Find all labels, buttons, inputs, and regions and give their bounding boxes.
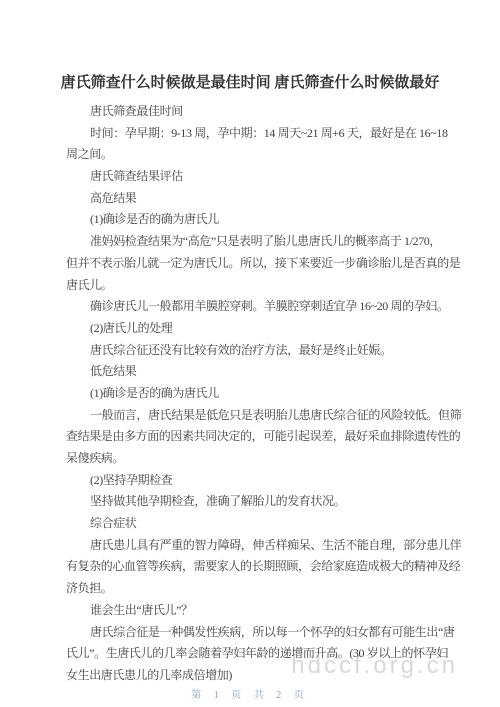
paragraph: 唐氏筛查最佳时间	[66, 101, 460, 123]
text-line: (2)唐氏儿的处理	[66, 318, 460, 340]
text-line: 唐氏综合征是一种偶发性疾病，所以每一个怀孕的妇女都有可能生出“唐	[66, 622, 460, 644]
text-line: 唐氏综合征还没有比较有效的治疗方法，最好是终止妊娠。	[66, 340, 460, 362]
paragraph: 综合症状	[66, 513, 460, 535]
document-body: 唐氏筛查最佳时间时间：孕早期：9-13 周，孕中期：14 周天~21 周+6 天…	[0, 101, 500, 687]
text-line: 女生出唐氏患儿的几率成倍增加)	[66, 665, 460, 687]
paragraph: (2)唐氏儿的处理	[66, 318, 460, 340]
paragraph: 唐氏综合征还没有比较有效的治疗方法，最好是终止妊娠。	[66, 340, 460, 362]
paragraph: 坚持做其他孕期检查，准确了解胎儿的发育状况。	[66, 491, 460, 513]
paragraph: (1)确诊是否的确为唐氏儿	[66, 383, 460, 405]
paragraph: 唐氏综合征是一种偶发性疾病，所以每一个怀孕的妇女都有可能生出“唐氏儿”。生唐氏儿…	[66, 622, 460, 687]
paragraph: 唐氏筛查结果评估	[66, 166, 460, 188]
paragraph: 确诊唐氏儿一般都用羊膜腔穿刺。羊膜腔穿刺适宜孕 16~20 周的孕妇。	[66, 296, 460, 318]
paragraph: 唐氏患儿具有严重的智力障碍，伸舌样痴呆、生活不能自理，部分患儿伴有复杂的心血管等…	[66, 535, 460, 600]
text-line: 唐氏患儿具有严重的智力障碍，伸舌样痴呆、生活不能自理，部分患儿伴	[66, 535, 460, 557]
document-page: 唐氏筛查什么时候做是最佳时间 唐氏筛查什么时候做最好 唐氏筛查最佳时间时间：孕早…	[0, 0, 500, 707]
text-line: 高危结果	[66, 188, 460, 210]
text-line: 呆傻疾病。	[66, 448, 460, 470]
paragraph: 一般而言，唐氏结果是低危只是表明胎儿患唐氏综合征的风险较低。但筛查结果是由多方面…	[66, 405, 460, 470]
text-line: 氏儿”。生唐氏儿的几率会随着孕妇年龄的递增而升高。(30 岁以上的怀孕妇	[66, 643, 460, 665]
page-footer: 第 1 页 共 2 页	[0, 686, 500, 701]
paragraph: 谁会生出“唐氏儿”？	[66, 600, 460, 622]
text-line: 唐氏筛查结果评估	[66, 166, 460, 188]
text-line: 综合症状	[66, 513, 460, 535]
text-line: 谁会生出“唐氏儿”？	[66, 600, 460, 622]
text-line: 周之间。	[66, 144, 460, 166]
paragraph: 时间：孕早期：9-13 周，孕中期：14 周天~21 周+6 天，最好是在 16…	[66, 123, 460, 166]
paragraph: 低危结果	[66, 361, 460, 383]
text-line: 一般而言，唐氏结果是低危只是表明胎儿患唐氏综合征的风险较低。但筛	[66, 405, 460, 427]
text-line: 坚持做其他孕期检查，准确了解胎儿的发育状况。	[66, 491, 460, 513]
text-line: (1)确诊是否的确为唐氏儿	[66, 383, 460, 405]
text-line: (1)确诊是否的确为唐氏儿	[66, 209, 460, 231]
paragraph: 准妈妈检查结果为“高危”只是表明了胎儿患唐氏儿的概率高于 1/270，但并不表示…	[66, 231, 460, 296]
paragraph: (2)坚持孕期检查	[66, 470, 460, 492]
text-line: 有复杂的心血管等疾病，需要家人的长期照顾，会给家庭造成极大的精神及经	[66, 556, 460, 578]
text-line: 确诊唐氏儿一般都用羊膜腔穿刺。羊膜腔穿刺适宜孕 16~20 周的孕妇。	[66, 296, 460, 318]
paragraph: 高危结果	[66, 188, 460, 210]
text-line: 准妈妈检查结果为“高危”只是表明了胎儿患唐氏儿的概率高于 1/270，	[66, 231, 460, 253]
paragraph: (1)确诊是否的确为唐氏儿	[66, 209, 460, 231]
text-line: 济负担。	[66, 578, 460, 600]
text-line: 唐氏筛查最佳时间	[66, 101, 460, 123]
text-line: (2)坚持孕期检查	[66, 470, 460, 492]
text-line: 时间：孕早期：9-13 周，孕中期：14 周天~21 周+6 天，最好是在 16…	[66, 123, 460, 145]
text-line: 唐氏儿。	[66, 275, 460, 297]
text-line: 查结果是由多方面的因素共同决定的，可能引起误差，最好采血排除遗传性的	[66, 426, 460, 448]
document-title: 唐氏筛查什么时候做是最佳时间 唐氏筛查什么时候做最好	[0, 0, 500, 94]
text-line: 但并不表示胎儿就一定为唐氏儿。所以，接下来要近一步确诊胎儿是否真的是	[66, 253, 460, 275]
text-line: 低危结果	[66, 361, 460, 383]
